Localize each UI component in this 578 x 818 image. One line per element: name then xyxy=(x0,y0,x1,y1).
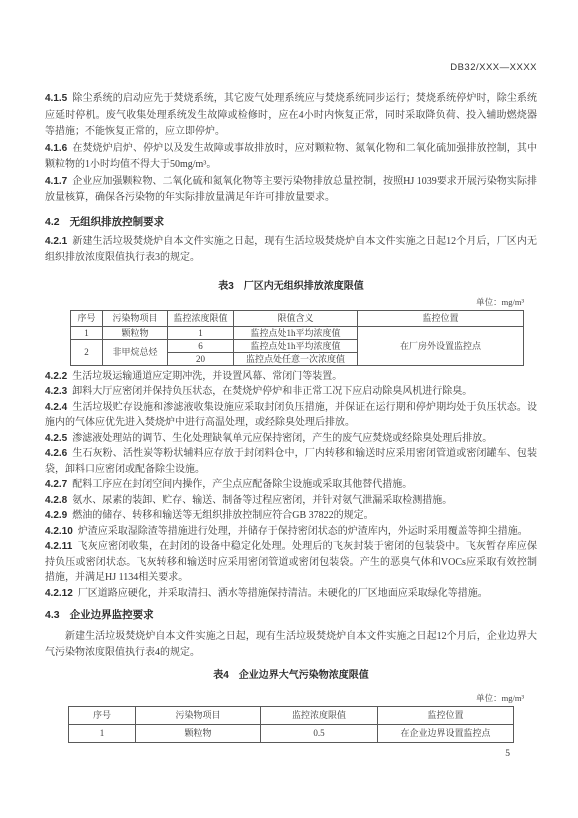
clause-text: 除尘系统的启动应先于焚烧系统，其它废气处理系统应与焚烧系统同步运行；焚烧系统停炉… xyxy=(45,93,537,137)
table3-caption: 表3 厂区内无组织排放浓度限值 xyxy=(45,279,537,294)
clause-4-2-10: 4.2.10炉渣应采取湿除渣等措施进行处理，并储存于保持密闭状态的炉渣库内，外运… xyxy=(45,524,537,540)
table4-unit-label: 单位：mg/m³ xyxy=(45,693,537,704)
doc-code-header: DB32/XXX—XXXX xyxy=(45,62,537,74)
table3-header-cell: 监控位置 xyxy=(358,310,524,326)
table4-header-cell: 监控浓度限值 xyxy=(261,707,378,725)
clause-number: 4.2.12 xyxy=(45,588,73,599)
section-heading-4-2: 4.2无组织排放控制要求 xyxy=(45,214,537,230)
clause-text: 飞灰应密闭收集，在封闭的设备中稳定化处理。处理后的飞灰封装于密闭的包装袋中。飞灰… xyxy=(45,541,537,583)
table-cell: 1 xyxy=(168,326,234,339)
table3-header-cell: 监控浓度限值 xyxy=(168,310,234,326)
clause-4-2-6: 4.2.6生石灰粉、活性炭等粉状辅料应存放于封闭料仓中，厂内转移和输送时应采用密… xyxy=(45,446,537,477)
clause-text: 氨水、尿素的装卸、贮存、输送、制备等过程应密闭，并针对氨气泄漏采取检测措施。 xyxy=(72,495,452,506)
clause-4-2-9: 4.2.9燃油的储存、转移和输送等无组织排放控制应符合GB 37822的规定。 xyxy=(45,508,537,524)
heading-number: 4.2 xyxy=(45,216,60,228)
clause-number: 4.2.4 xyxy=(45,402,67,413)
table-4: 序号 污染物项目 监控浓度限值 监控位置 1 颗粒物 0.5 在企业边界设置监控… xyxy=(68,706,514,743)
table-cell: 监控点处1h平均浓度值 xyxy=(234,326,358,339)
clause-4-2-12: 4.2.12厂区道路应硬化，并采取清扫、洒水等措施保持清洁。未硬化的厂区地面应采… xyxy=(45,586,537,602)
heading-number: 4.3 xyxy=(45,609,60,621)
table-cell: 2 xyxy=(71,339,103,365)
clause-number: 4.2.2 xyxy=(45,371,67,382)
clause-number: 4.2.8 xyxy=(45,495,67,506)
clause-4-2-11: 4.2.11飞灰应密闭收集，在封闭的设备中稳定化处理。处理后的飞灰封装于密闭的包… xyxy=(45,539,537,586)
clause-text: 燃油的储存、转移和输送等无组织排放控制应符合GB 37822的规定。 xyxy=(72,510,373,521)
clause-4-2-4: 4.2.4生活垃圾贮存设施和渗滤液收集设施应采取封闭负压措施，并保证在运行期和停… xyxy=(45,400,537,431)
clause-text: 在焚烧炉启炉、停炉以及发生故障或事故排放时，应对颗粒物、氮氧化物和二氧化硫加强排… xyxy=(45,143,537,171)
heading-title: 无组织排放控制要求 xyxy=(70,216,165,228)
table-cell: 1 xyxy=(69,725,136,743)
clause-number: 4.1.7 xyxy=(45,176,67,187)
table-cell: 在企业边界设置监控点 xyxy=(378,725,514,743)
clause-text: 厂区道路应硬化，并采取清扫、洒水等措施保持清洁。未硬化的厂区地面应采取绿化等措施… xyxy=(78,588,488,599)
document-page: DB32/XXX—XXXX 4.1.5除尘系统的启动应先于焚烧系统，其它废气处理… xyxy=(0,0,578,818)
clause-text: 配料工序应在封闭空间内操作，产尘点应配备除尘设施或采取其他替代措施。 xyxy=(72,479,412,490)
clause-4-1-6: 4.1.6在焚烧炉启炉、停炉以及发生故障或事故排放时，应对颗粒物、氮氧化物和二氧… xyxy=(45,141,537,174)
table-cell: 监控点处1h平均浓度值 xyxy=(234,339,358,352)
table-cell: 20 xyxy=(168,352,234,365)
clause-number: 4.2.6 xyxy=(45,448,67,459)
table-cell: 1 xyxy=(71,326,103,339)
table-cell: 颗粒物 xyxy=(103,326,168,339)
clause-4-1-7: 4.1.7企业应加强颗粒物、二氧化硫和氮氧化物等主要污染物排放总量控制，按照HJ… xyxy=(45,174,537,207)
clause-text: 炉渣应采取湿除渣等措施进行处理，并储存于保持密闭状态的炉渣库内，外运时采用覆盖等… xyxy=(78,526,528,537)
clause-4-2-7: 4.2.7配料工序应在封闭空间内操作，产尘点应配备除尘设施或采取其他替代措施。 xyxy=(45,477,537,493)
table3-header-cell: 污染物项目 xyxy=(103,310,168,326)
clause-4-2-5: 4.2.5渗滤液处理站的调节、生化处理缺氧单元应保持密闭，产生的废气应焚烧或经除… xyxy=(45,431,537,447)
table4-caption: 表4 企业边界大气污染物浓度限值 xyxy=(45,668,537,683)
table-cell: 监控点处任意一次浓度值 xyxy=(234,352,358,365)
clause-4-2-8: 4.2.8氨水、尿素的装卸、贮存、输送、制备等过程应密闭，并针对氨气泄漏采取检测… xyxy=(45,493,537,509)
table3-row: 1 颗粒物 1 监控点处1h平均浓度值 在厂房外设置监控点 xyxy=(71,326,524,339)
table-3: 序号 污染物项目 监控浓度限值 限值含义 监控位置 1 颗粒物 1 监控点处1h… xyxy=(70,310,524,366)
clause-number: 4.2.7 xyxy=(45,479,67,490)
clause-text: 卸料大厅应密闭并保持负压状态，在焚烧炉停炉和非正常工况下应启动除臭风机进行除臭。 xyxy=(72,386,472,397)
clause-text: 新建生活垃圾焚烧炉自本文件实施之日起，现有生活垃圾焚烧炉自本文件实施之日起12个… xyxy=(45,236,537,264)
table-cell: 非甲烷总烃 xyxy=(103,339,168,365)
table-cell: 6 xyxy=(168,339,234,352)
clause-text: 生活垃圾贮存设施和渗滤液收集设施应采取封闭负压措施，并保证在运行期和停炉期均处于… xyxy=(45,402,537,429)
clause-number: 4.2.1 xyxy=(45,236,67,247)
clause-number: 4.2.3 xyxy=(45,386,67,397)
table4-header-cell: 污染物项目 xyxy=(136,707,261,725)
clause-4-1-5: 4.1.5除尘系统的启动应先于焚烧系统，其它废气处理系统应与焚烧系统同步运行；焚… xyxy=(45,91,537,141)
clause-text: 生活垃圾运输通道应定期冲洗，并设置风幕、常闭门等装置。 xyxy=(72,371,342,382)
clause-4-2-1: 4.2.1新建生活垃圾焚烧炉自本文件实施之日起，现有生活垃圾焚烧炉自本文件实施之… xyxy=(45,234,537,267)
clause-number: 4.1.6 xyxy=(45,143,67,154)
table4-header-cell: 监控位置 xyxy=(378,707,514,725)
clause-number: 4.1.5 xyxy=(45,93,67,104)
clause-number: 4.2.10 xyxy=(45,526,73,537)
clause-number: 4.2.11 xyxy=(45,541,72,552)
heading-title: 企业边界监控要求 xyxy=(70,609,154,621)
page-content: DB32/XXX—XXXX 4.1.5除尘系统的启动应先于焚烧系统，其它废气处理… xyxy=(45,62,537,759)
table-cell: 0.5 xyxy=(261,725,378,743)
clause-4-2-3: 4.2.3卸料大厅应密闭并保持负压状态，在焚烧炉停炉和非正常工况下应启动除臭风机… xyxy=(45,384,537,400)
table3-unit-label: 单位：mg/m³ xyxy=(45,297,537,308)
table3-header-cell: 序号 xyxy=(71,310,103,326)
clause-text: 企业应加强颗粒物、二氧化硫和氮氧化物等主要污染物排放总量控制，按照HJ 1039… xyxy=(45,176,537,204)
clause-text: 渗滤液处理站的调节、生化处理缺氧单元应保持密闭，产生的废气应焚烧或经除臭处理后排… xyxy=(72,433,492,444)
table4-header-cell: 序号 xyxy=(69,707,136,725)
table-cell-monitor-location: 在厂房外设置监控点 xyxy=(358,326,524,365)
table3-header-row: 序号 污染物项目 监控浓度限值 限值含义 监控位置 xyxy=(71,310,524,326)
paragraph-4-3: 新建生活垃圾焚烧炉自本文件实施之日起，现有生活垃圾焚烧炉自本文件实施之日起12个… xyxy=(45,629,537,660)
clause-text: 生石灰粉、活性炭等粉状辅料应存放于封闭料仓中，厂内转移和输送时应采用密闭管道或密… xyxy=(45,448,537,475)
clause-number: 4.2.9 xyxy=(45,510,67,521)
section-heading-4-3: 4.3企业边界监控要求 xyxy=(45,607,537,623)
table3-header-cell: 限值含义 xyxy=(234,310,358,326)
clause-number: 4.2.5 xyxy=(45,433,67,444)
table4-header-row: 序号 污染物项目 监控浓度限值 监控位置 xyxy=(69,707,514,725)
page-number: 5 xyxy=(45,749,537,759)
table-cell: 颗粒物 xyxy=(136,725,261,743)
table4-row: 1 颗粒物 0.5 在企业边界设置监控点 xyxy=(69,725,514,743)
clause-4-2-2: 4.2.2生活垃圾运输通道应定期冲洗，并设置风幕、常闭门等装置。 xyxy=(45,369,537,385)
